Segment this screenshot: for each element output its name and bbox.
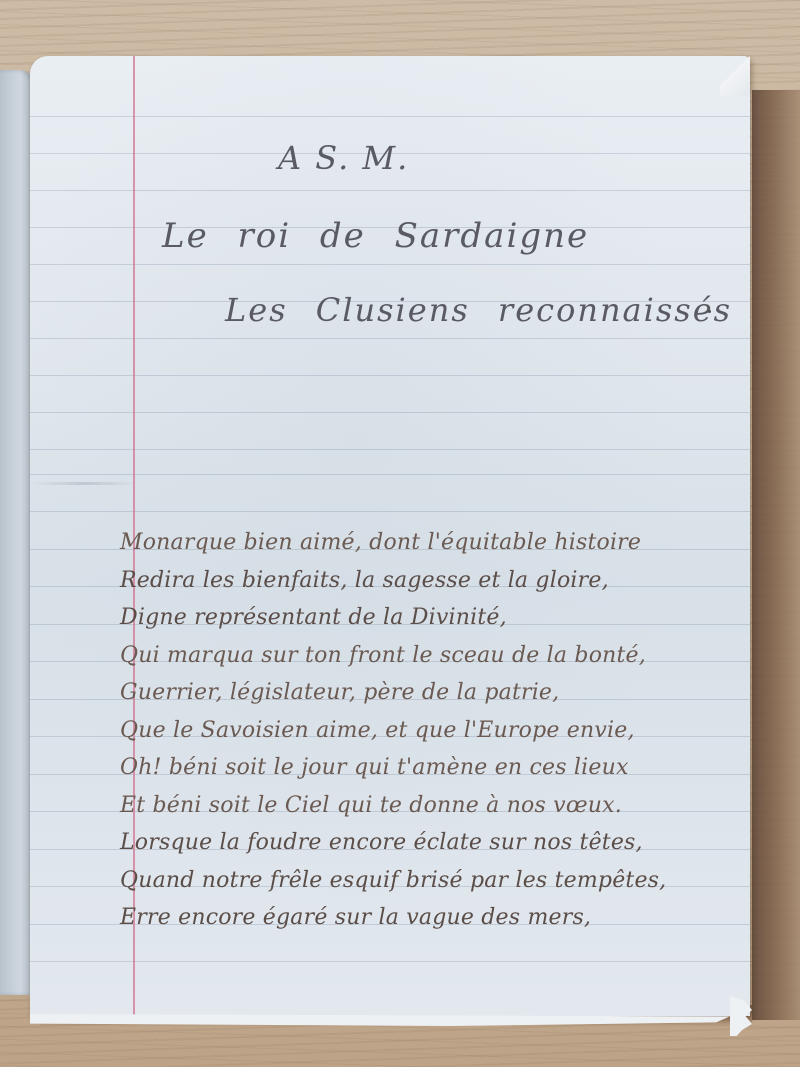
ruled-line: [30, 449, 750, 450]
ink-dot: [708, 310, 711, 313]
verse-line: Guerrier, législateur, père de la patrie…: [120, 674, 750, 712]
ruled-line: [30, 264, 750, 265]
folded-corner: [720, 56, 750, 96]
verse-line: Digne représentant de la Divinité,: [120, 599, 750, 637]
verse-line: Redira les bienfaits, la sagesse et la g…: [120, 562, 750, 600]
verse-line: Et béni soit le Ciel qui te donne à nos …: [120, 787, 750, 825]
previous-page-edge: [0, 70, 34, 995]
notebook-page: A S. M. Le roi de Sardaigne Les Clusiens…: [30, 56, 750, 1016]
verse-line: Oh! béni soit le jour qui t'amène en ces…: [120, 749, 750, 787]
ruled-line: [30, 511, 750, 512]
verse-line: Monarque bien aimé, dont l'équitable his…: [120, 524, 750, 562]
poem-body: Monarque bien aimé, dont l'équitable his…: [120, 524, 750, 937]
ruled-line: [30, 412, 750, 413]
verse-line: Que le Savoisien aime, et que l'Europe e…: [120, 712, 750, 750]
verse-line: Qui marqua sur ton front le sceau de la …: [120, 637, 750, 675]
ruled-line: [30, 338, 750, 339]
table-shadow-right: [752, 90, 800, 1020]
ruled-line: [30, 190, 750, 191]
verse-line: Lorsque la foudre encore éclate sur nos …: [120, 824, 750, 862]
ruled-line: [30, 116, 750, 117]
subtitle-line: Les Clusiens reconnaissés: [225, 291, 732, 329]
dedication-line: A S. M.: [278, 139, 409, 177]
verse-line: Erre encore égaré sur la vague des mers,: [120, 899, 750, 937]
ruled-line: [30, 961, 750, 962]
ruled-line: [30, 375, 750, 376]
ruled-line: [30, 474, 750, 475]
verse-line: Quand notre frêle esquif brisé par les t…: [120, 862, 750, 900]
paper-crease: [30, 482, 140, 485]
title-line: Le roi de Sardaigne: [162, 216, 589, 256]
